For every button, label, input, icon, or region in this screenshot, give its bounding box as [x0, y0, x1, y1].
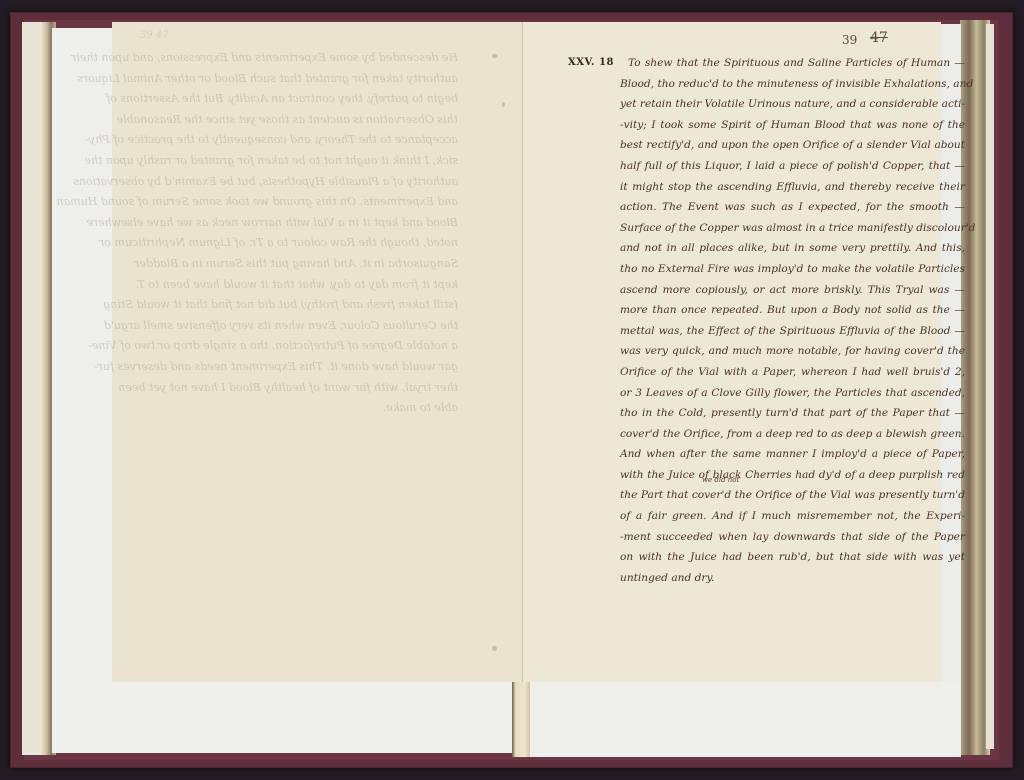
text-line: more than once repeated. But upon a Body… [620, 300, 965, 321]
ink-speck [502, 102, 505, 107]
text-line: cover'd the Orifice, from a deep red to … [620, 424, 965, 445]
text-line: best rectify'd, and upon the open Orific… [620, 135, 965, 156]
text-line: on with the Juice had been rub'd, but th… [620, 547, 965, 568]
text-line: To shew that the Spirituous and Saline P… [620, 53, 965, 74]
folio-number-struck: 47 [870, 30, 888, 46]
text-line: Blood, tho reduc'd to the minuteness of … [620, 74, 965, 95]
showthrough-text: He descended by some Experiments and Exp… [118, 48, 458, 419]
text-line: yet retain their Volatile Urinous nature… [620, 94, 965, 115]
text-line: tho in the Cold, presently turn'd that p… [620, 403, 965, 424]
page-stack-edge-right [986, 24, 994, 749]
text-line: untinged and dry. [620, 568, 965, 589]
text-line: mettal was, the Effect of the Spirituous… [620, 321, 965, 342]
text-line: -vity; I took some Spirit of Human Blood… [620, 115, 965, 136]
showthrough-line: able to make. [118, 398, 458, 419]
text-line: and not in all places alike, but in some… [620, 238, 965, 259]
spine-gutter-strip [512, 682, 530, 757]
showthrough-line: begin to putrefy, they contract an Acidi… [118, 89, 458, 110]
showthrough-line: authority of a Plausible Hypothesis, but… [118, 172, 458, 193]
showthrough-line: and Experiments. On this ground we took … [118, 192, 458, 213]
ink-speck [492, 54, 498, 58]
showthrough-line: authority taken for granted that such Bl… [118, 69, 458, 90]
showthrough-line: acceptance to the Theory, and consequent… [118, 130, 458, 151]
manuscript-text: To shew that the Spirituous and Saline P… [620, 53, 965, 588]
text-line: tho no External Fire was imploy'd to mak… [620, 259, 965, 280]
folio-number: 39 [842, 33, 857, 47]
showthrough-line: this Observation is ancient as those yet… [118, 110, 458, 131]
showthrough-line: Sanguisorba in it. And having put this S… [118, 254, 458, 275]
guard-sheet-left-bottom [52, 682, 512, 753]
text-line: And when after the same manner I imploy'… [620, 444, 965, 465]
showthrough-line: sick, I think it ought not to be taken f… [118, 151, 458, 172]
guard-sheet-right-bottom [530, 682, 960, 757]
text-line: half full of this Liquor, I laid a piece… [620, 156, 965, 177]
shelfmark: XXV. 18 [568, 57, 614, 68]
text-line: Orifice of the Vial with a Paper, whereo… [620, 362, 965, 383]
text-line: the Part that cover'd the Orifice of the… [620, 485, 965, 506]
text-line: was very quick, and much more notable, f… [620, 341, 965, 362]
text-line: of a fair green. And if I much misrememb… [620, 506, 965, 527]
showthrough-line: the Cerulious Colour, Even when its very… [118, 316, 458, 337]
text-line: with the Juice of black Cherries had dy'… [620, 465, 965, 486]
text-line: ascend more copiously, or act more brisk… [620, 280, 965, 301]
text-line: or 3 Leaves of a Clove Gilly flower, the… [620, 383, 965, 404]
interlinear-insertion: we did not [702, 476, 739, 484]
showthrough-line: (still taken fresh and frothy) but did n… [118, 295, 458, 316]
paper-stain [492, 646, 497, 651]
showthrough-folio: 39 47 [140, 30, 169, 41]
text-line: -ment succeeded when lay downwards that … [620, 527, 965, 548]
showthrough-line: kept it from day to day, what that it wo… [118, 275, 458, 296]
showthrough-line: noted, though the Raw colour to a Tr. of… [118, 233, 458, 254]
text-line: it might stop the ascending Effluvia, an… [620, 177, 965, 198]
text-line: action. The Event was such as I expected… [620, 197, 965, 218]
showthrough-line: ther tryal, with for want of healthy Blo… [118, 378, 458, 399]
showthrough-line: He descended by some Experiments and Exp… [118, 48, 458, 69]
text-line: Surface of the Copper was almost in a tr… [620, 218, 965, 239]
showthrough-line: Blood and kept it in a Vial with narrow … [118, 213, 458, 234]
showthrough-line: a notable Degree of Putrefaction, tho a … [118, 336, 458, 357]
showthrough-line: gar would have done it. This Experiment … [118, 357, 458, 378]
